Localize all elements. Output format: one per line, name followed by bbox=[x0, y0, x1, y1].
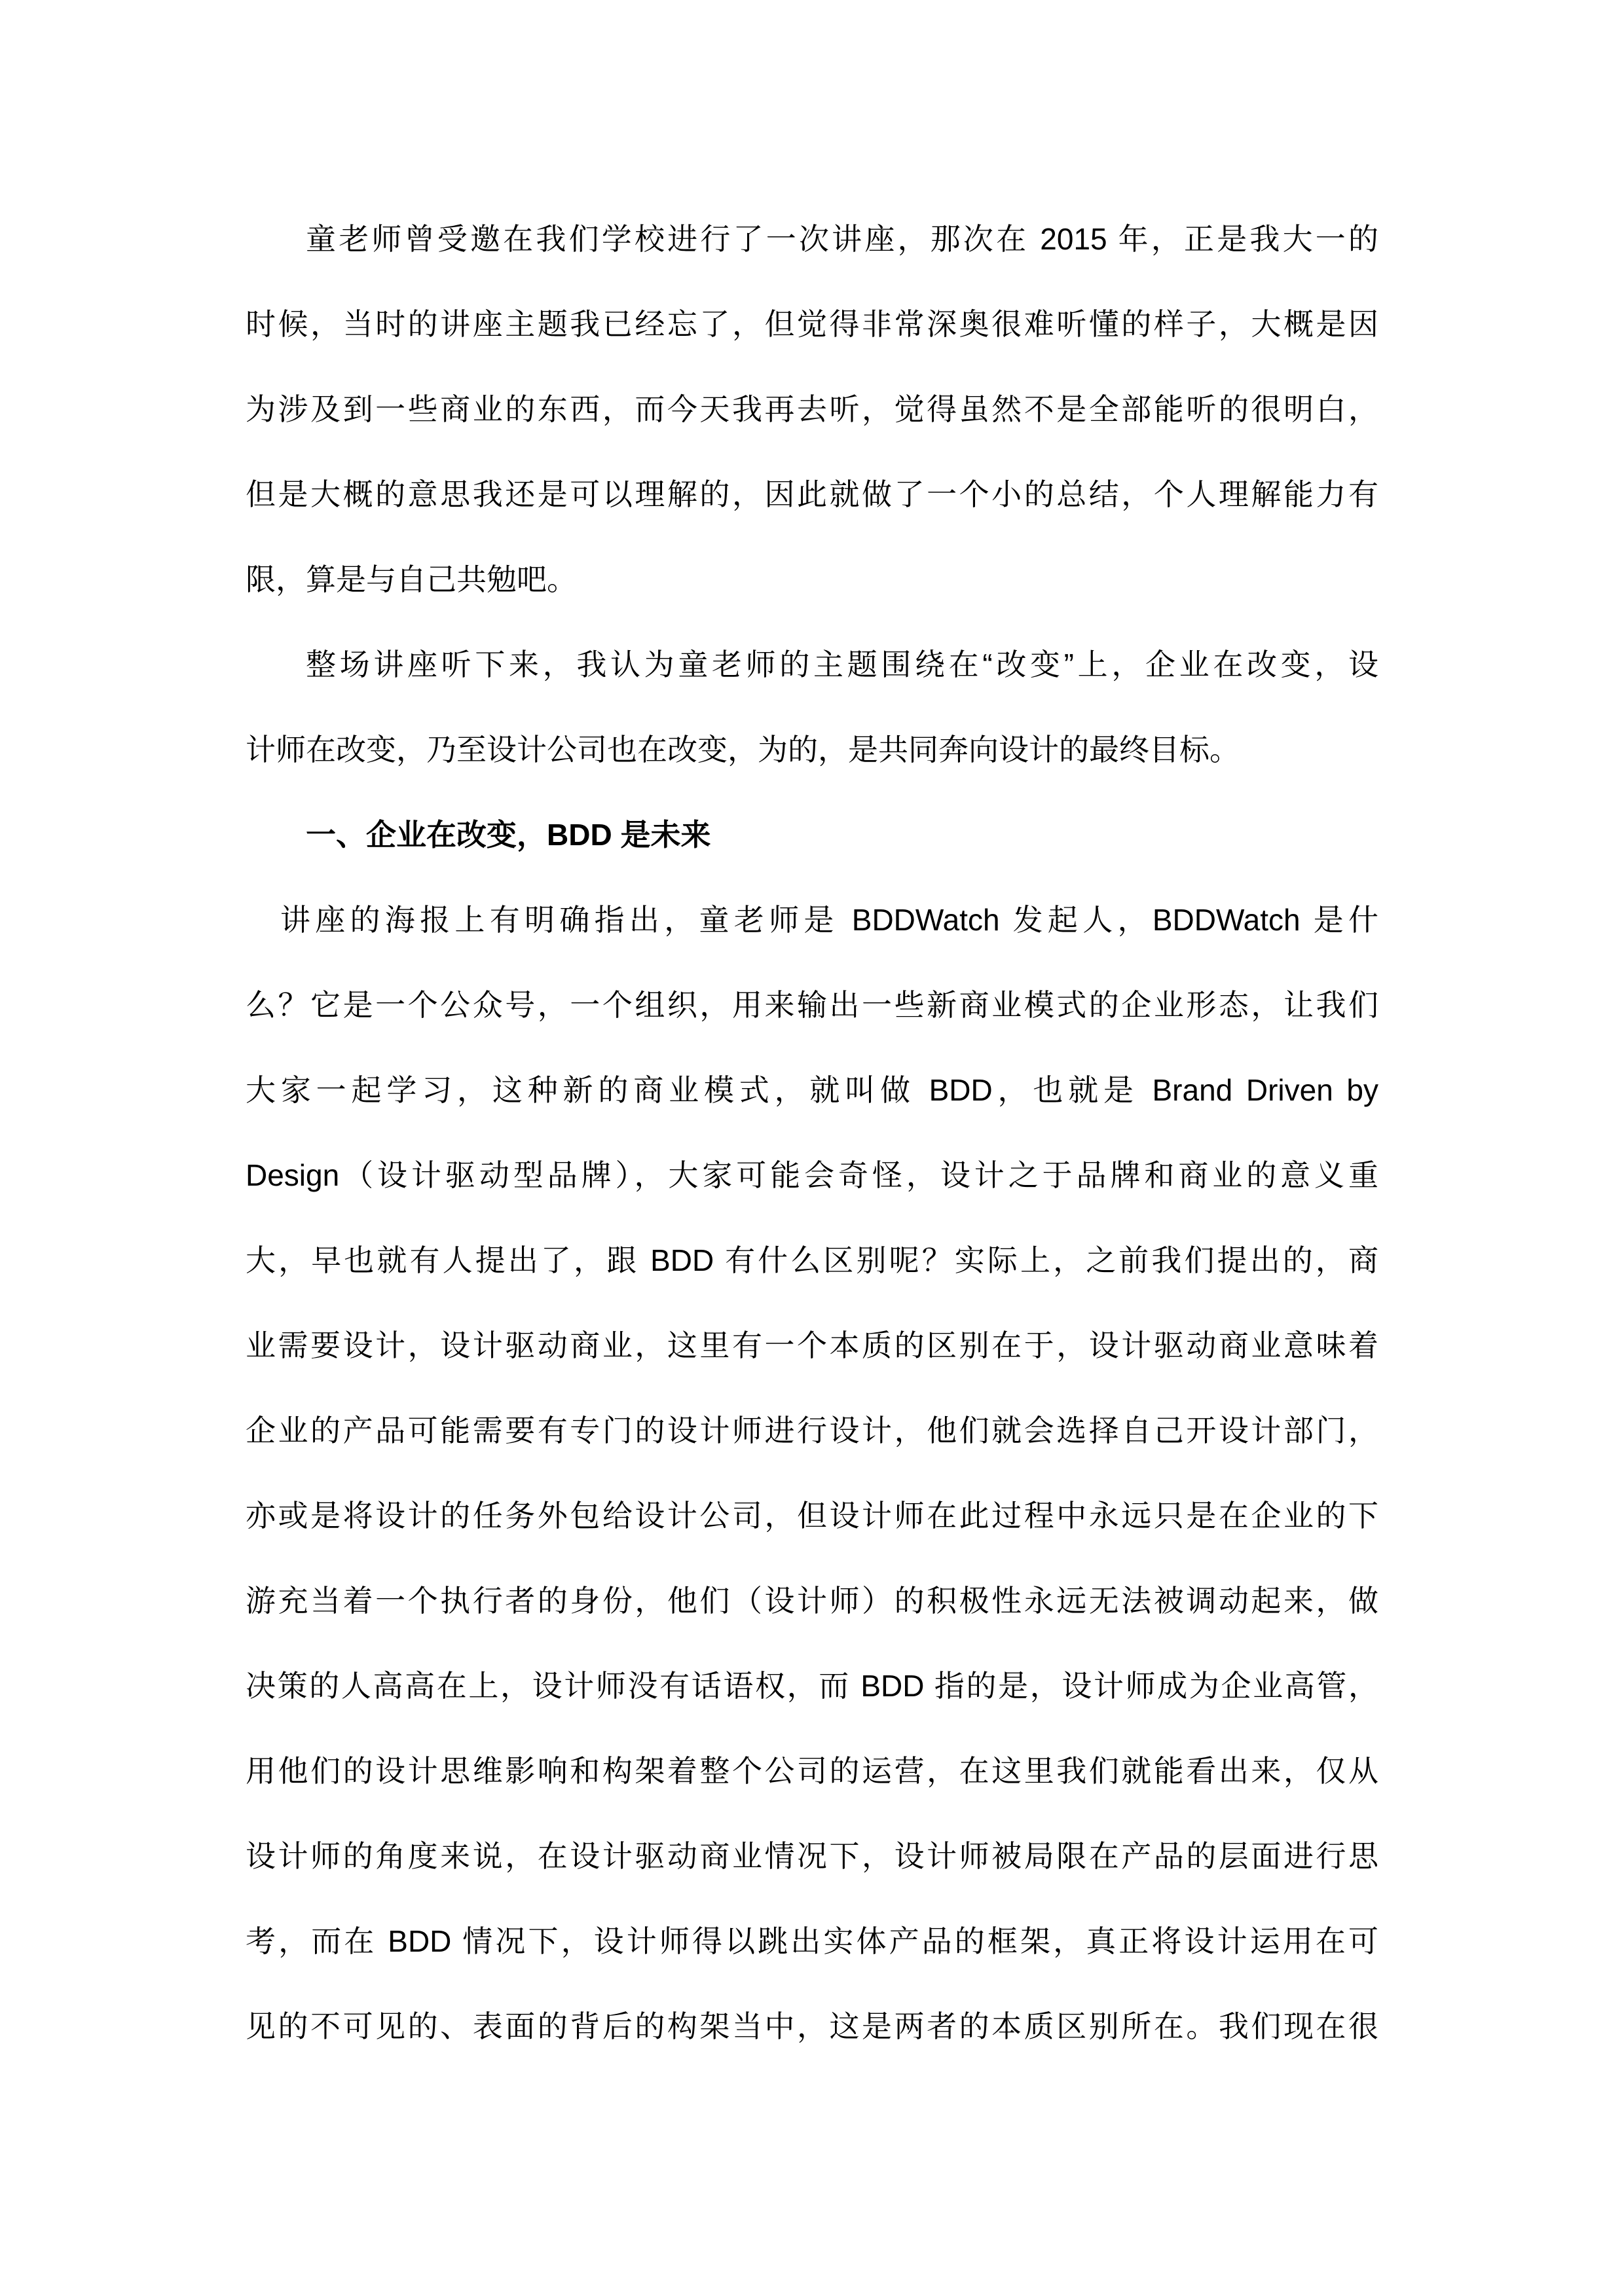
text-line: 限，算是与自己共勉吧。 bbox=[246, 537, 1378, 622]
text-line: 时候，当时的讲座主题我已经忘了，但觉得非常深奥很难听懂的样子，大概是因 bbox=[246, 282, 1378, 367]
text-content: 童老师曾受邀在我们学校进行了一次讲座，那次在 2015 年，正是我大一的时候，当… bbox=[246, 196, 1378, 2069]
text-line: 计师在改变，乃至设计公司也在改变，为的，是共同奔向设计的最终目标。 bbox=[246, 707, 1378, 792]
text-line: Design（设计驱动型品牌），大家可能会奇怪，设计之于品牌和商业的意义重 bbox=[246, 1133, 1378, 1218]
text-line: 用他们的设计思维影响和构架着整个公司的运营，在这里我们就能看出来，仅从 bbox=[246, 1728, 1378, 1813]
text-line: 决策的人高高在上，设计师没有话语权，而 BDD 指的是，设计师成为企业高管， bbox=[246, 1643, 1378, 1728]
text-line: 游充当着一个执行者的身份，他们（设计师）的积极性永远无法被调动起来，做 bbox=[246, 1558, 1378, 1643]
text-line: 亦或是将设计的任务外包给设计公司，但设计师在此过程中永远只是在企业的下 bbox=[246, 1473, 1378, 1558]
text-line: 但是大概的意思我还是可以理解的，因此就做了一个小的总结，个人理解能力有 bbox=[246, 452, 1378, 537]
text-line: 讲座的海报上有明确指出，童老师是 BDDWatch 发起人，BDDWatch 是… bbox=[246, 877, 1378, 962]
text-line: 设计师的角度来说，在设计驱动商业情况下，设计师被局限在产品的层面进行思 bbox=[246, 1813, 1378, 1899]
text-line: 童老师曾受邀在我们学校进行了一次讲座，那次在 2015 年，正是我大一的 bbox=[246, 196, 1378, 282]
text-line: 整场讲座听下来，我认为童老师的主题围绕在“改变”上，企业在改变，设 bbox=[246, 622, 1378, 707]
text-line: 为涉及到一些商业的东西，而今天我再去听，觉得虽然不是全部能听的很明白， bbox=[246, 367, 1378, 452]
text-line: 大家一起学习，这种新的商业模式，就叫做 BDD，也就是 Brand Driven… bbox=[246, 1048, 1378, 1133]
document-page: 童老师曾受邀在我们学校进行了一次讲座，那次在 2015 年，正是我大一的时候，当… bbox=[0, 0, 1624, 2296]
text-line: 见的不可见的、表面的背后的构架当中，这是两者的本质区别所在。我们现在很 bbox=[246, 1984, 1378, 2069]
text-line: 考，而在 BDD 情况下，设计师得以跳出实体产品的框架，真正将设计运用在可 bbox=[246, 1899, 1378, 1984]
text-line: 么？它是一个公众号，一个组织，用来输出一些新商业模式的企业形态，让我们 bbox=[246, 962, 1378, 1048]
text-line: 业需要设计，设计驱动商业，这里有一个本质的区别在于，设计驱动商业意味着 bbox=[246, 1303, 1378, 1388]
text-line: 企业的产品可能需要有专门的设计师进行设计，他们就会选择自己开设计部门， bbox=[246, 1388, 1378, 1473]
section-heading: 一、企业在改变，BDD 是未来 bbox=[246, 792, 1378, 877]
text-line: 大，早也就有人提出了，跟 BDD 有什么区别呢？实际上，之前我们提出的，商 bbox=[246, 1218, 1378, 1303]
